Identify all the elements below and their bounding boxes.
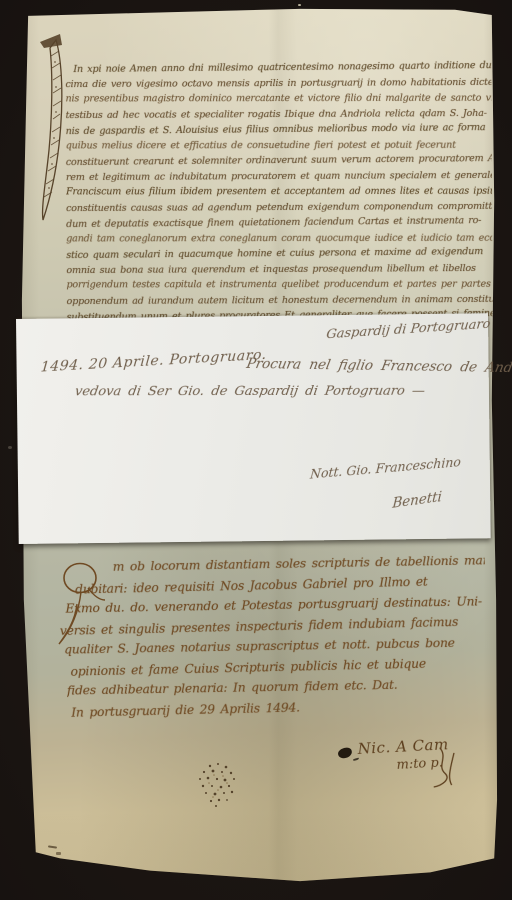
- parchment-stains: [46, 844, 68, 860]
- background-speck: [298, 4, 301, 6]
- slip-notary-line: Nott. Gio. Franceschino: [310, 454, 462, 482]
- manuscript-line: rem et legitimum ac indubitatum procurat…: [66, 167, 492, 185]
- slip-widow-line: vedova di Ser Gio. de Gaspardij di Porto…: [74, 384, 426, 400]
- slip-summary-line: Procura nel figlio Francesco de Andrilla: [245, 356, 512, 377]
- archival-slip: Gaspardij di Portogruaro 1494. 20 Aprile…: [16, 313, 491, 544]
- dotted-smudge: [188, 760, 246, 810]
- ink-blot: [337, 746, 353, 759]
- manuscript-line: nis de gaspardis et S. Alouisius eius fi…: [66, 120, 492, 140]
- manuscript-line: nis presentibus magistro dominico mercat…: [65, 91, 491, 107]
- manuscript-line: omnia sua bona sua iura querendum et inq…: [66, 260, 492, 278]
- manuscript-line: dum et deputatis exactisque finem quieta…: [66, 213, 492, 233]
- slip-date-line: 1494. 20 Aprile. Portogruaro.: [40, 347, 267, 376]
- signature-paraph-flourish: [410, 746, 472, 789]
- latin-text-block-top: In xpi noie Amen anno dni millesimo quat…: [65, 59, 492, 325]
- manuscript-line: cima die vero vigesimo octavo mensis apr…: [65, 74, 491, 92]
- manuscript-line: porrigendum testes capitula et instrumen…: [66, 277, 492, 293]
- slip-notary-surname: Benetti: [392, 489, 443, 512]
- latin-text-block-bottom: m ob locorum distantiam soles scripturis…: [57, 550, 488, 721]
- slip-owner-heading: Gaspardij di Portogruaro: [325, 317, 491, 343]
- manuscript-line: Franciscum eius filium ibidem presentem …: [66, 184, 492, 200]
- archival-photo: In xpi noie Amen anno dni millesimo quat…: [0, 0, 512, 900]
- notary-signature: Nic. A Cam m:to p.: [357, 732, 498, 775]
- background-speck: [8, 446, 12, 449]
